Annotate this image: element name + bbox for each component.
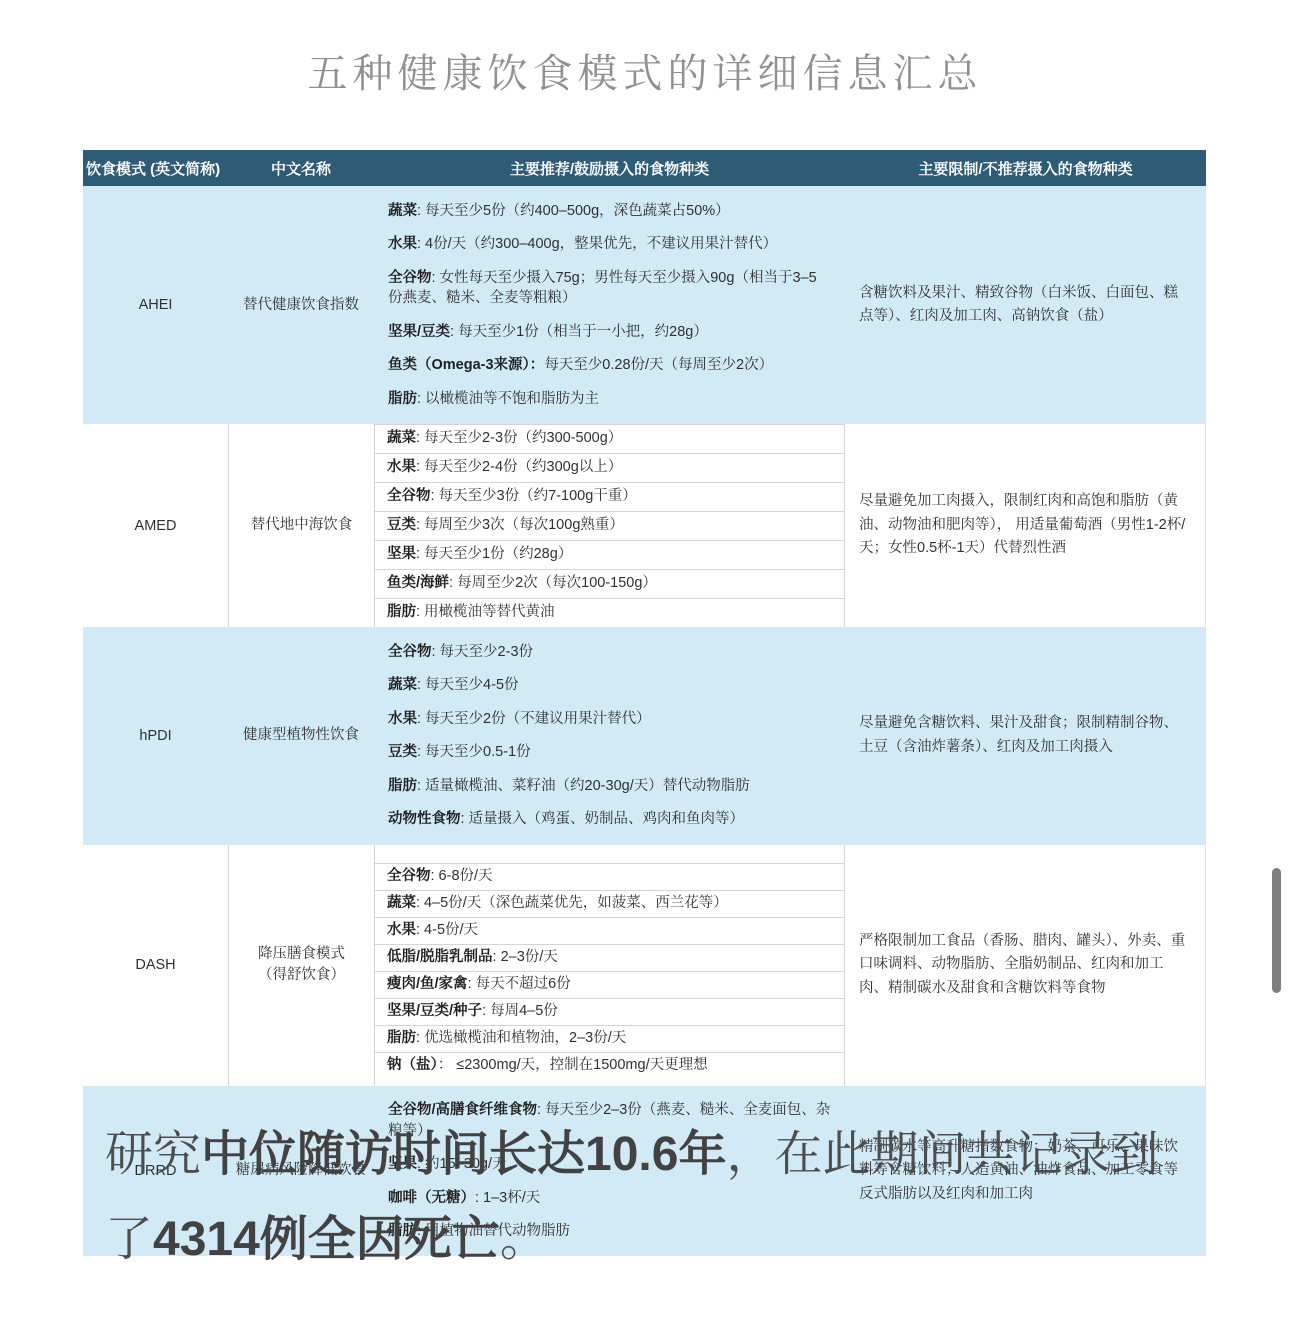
food-category-label: 鱼类（Omega-3来源）： <box>388 357 544 373</box>
food-item-text: 蔬菜: 每天至少2-3份（约300-500g） <box>387 429 622 449</box>
table-row-hpdi: hPDI健康型植物性饮食全谷物: 每天至少2-3份蔬菜: 每天至少4-5份水果:… <box>83 627 1206 844</box>
footer-text: 研究 <box>105 1128 201 1181</box>
footer-note: 研究中位随访时间长达10.6年，在此期间共记录到了4314例全因死亡。 <box>105 1112 1165 1283</box>
food-item-text: 豆类: 每天至少0.5-1份 <box>388 744 531 760</box>
food-item: 鱼类（Omega-3来源）：每天至少0.28份/天（每周至少2次） <box>388 355 831 376</box>
diet-code: AHEI <box>83 186 228 424</box>
food-item-text: 全谷物: 女性每天至少摄入75g；男性每天至少摄入90g（相当于3–5份燕麦、糙… <box>388 270 817 307</box>
restricted-foods-text: 尽量避免含糖饮料、果汁及甜食；限制精制谷物、土豆（含油炸薯条）、红肉及加工肉摄入 <box>859 712 1192 759</box>
food-item: 坚果: 每天至少1份（约28g） <box>375 540 844 569</box>
food-item-text: 脂肪: 适量橄榄油、菜籽油（约20-30g/天）替代动物脂肪 <box>388 778 750 794</box>
food-category-label: 蔬菜 <box>388 677 417 693</box>
food-category-label: 脂肪 <box>387 1030 416 1046</box>
restricted-foods-text: 尽量避免加工肉摄入，限制红肉和高饱和脂肪（黄油、动物油和肥肉等）， 用适量葡萄酒… <box>859 490 1191 560</box>
column-header: 主要推荐/鼓励摄入的食物种类 <box>374 158 845 179</box>
food-category-label: 鱼类/海鲜 <box>387 575 449 591</box>
food-category-label: 蔬菜 <box>387 895 416 911</box>
food-item-text: 水果: 4-5份/天 <box>387 921 478 941</box>
food-category-label: 蔬菜 <box>387 430 416 446</box>
table-row-ahei: AHEI替代健康饮食指数蔬菜: 每天至少5份（约400–500g，深色蔬菜占50… <box>83 186 1206 424</box>
recommended-foods: 蔬菜: 每天至少5份（约400–500g，深色蔬菜占50%）水果: 4份/天（约… <box>374 186 845 424</box>
food-item-text: 蔬菜: 每天至少4-5份 <box>388 677 519 693</box>
restricted-foods: 尽量避免加工肉摄入，限制红肉和高饱和脂肪（黄油、动物油和肥肉等）， 用适量葡萄酒… <box>845 424 1206 627</box>
food-item: 脂肪: 优选橄榄油和植物油，2–3份/天 <box>375 1025 844 1052</box>
column-header: 主要限制/不推荐摄入的食物种类 <box>845 158 1206 179</box>
diet-name-zh: 替代地中海饮食 <box>228 424 374 627</box>
food-category-label: 水果 <box>388 711 417 727</box>
food-item-text: 钠（盐）： ≤2300mg/天，控制在1500mg/天更理想 <box>387 1056 708 1076</box>
food-item-text: 豆类: 每周至少3次（每次100g熟重） <box>387 516 624 536</box>
food-category-label: 全谷物 <box>388 270 432 286</box>
food-item-text: 蔬菜: 4–5份/天（深色蔬菜优先，如菠菜、西兰花等） <box>387 894 728 914</box>
food-category-label: 水果 <box>387 459 416 475</box>
food-item-text: 动物性食物: 适量摄入（鸡蛋、奶制品、鸡肉和鱼肉等） <box>388 811 744 827</box>
column-header: 饮食模式 (英文简称) <box>83 158 228 179</box>
food-item: 鱼类/海鲜: 每周至少2次（每次100-150g） <box>375 569 844 598</box>
food-item: 蔬菜: 每天至少2-3份（约300-500g） <box>375 424 844 453</box>
diet-code: hPDI <box>83 627 228 844</box>
food-item-text: 坚果/豆类/种子: 每周4–5份 <box>387 1002 558 1022</box>
food-item: 水果: 每天至少2-4份（约300g以上） <box>375 453 844 482</box>
food-item-text: 水果: 每天至少2-4份（约300g以上） <box>387 458 622 478</box>
food-item: 钠（盐）： ≤2300mg/天，控制在1500mg/天更理想 <box>375 1052 844 1079</box>
food-item: 水果: 4-5份/天 <box>375 917 844 944</box>
food-category-label: 坚果/豆类/种子 <box>387 1003 482 1019</box>
food-category-label: 豆类 <box>387 517 416 533</box>
food-item-text: 脂肪: 优选橄榄油和植物油，2–3份/天 <box>387 1029 626 1049</box>
restricted-foods: 含糖饮料及果汁、精致谷物（白米饭、白面包、糕点等）、红肉及加工肉、高钠饮食（盐） <box>845 186 1206 424</box>
food-category-label: 脂肪 <box>388 391 417 407</box>
food-item: 全谷物: 6-8份/天 <box>375 863 844 890</box>
diet-name-zh: 替代健康饮食指数 <box>228 186 374 424</box>
footer-text: 。 <box>500 1213 548 1266</box>
footer-highlight: 4314例全因死亡 <box>153 1213 500 1266</box>
food-category-label: 蔬菜 <box>388 203 417 219</box>
column-header: 中文名称 <box>228 158 374 179</box>
food-category-label: 动物性食物 <box>388 811 461 827</box>
food-item: 脂肪: 以橄榄油等不饱和脂肪为主 <box>388 389 831 410</box>
food-item-text: 水果: 每天至少2份（不建议用果汁替代） <box>388 711 651 727</box>
food-item: 全谷物: 每天至少3份（约7-100g干重） <box>375 482 844 511</box>
diet-patterns-table: 饮食模式 (英文简称)中文名称主要推荐/鼓励摄入的食物种类主要限制/不推荐摄入的… <box>83 150 1206 1256</box>
food-category-label: 脂肪 <box>387 604 416 620</box>
food-item: 坚果/豆类/种子: 每周4–5份 <box>375 998 844 1025</box>
table-body: AHEI替代健康饮食指数蔬菜: 每天至少5份（约400–500g，深色蔬菜占50… <box>83 186 1206 1256</box>
food-item-text: 鱼类（Omega-3来源）：每天至少0.28份/天（每周至少2次） <box>388 357 773 373</box>
food-item-text: 鱼类/海鲜: 每周至少2次（每次100-150g） <box>387 574 657 594</box>
food-item-text: 低脂/脱脂乳制品: 2–3份/天 <box>387 948 558 968</box>
food-category-label: 坚果/豆类 <box>388 324 450 340</box>
diet-name-zh: 降压膳食模式 （得舒饮食） <box>228 845 374 1086</box>
food-category-label: 全谷物 <box>387 488 431 504</box>
food-category-label: 水果 <box>387 922 416 938</box>
restricted-foods-text: 含糖饮料及果汁、精致谷物（白米饭、白面包、糕点等）、红肉及加工肉、高钠饮食（盐） <box>859 282 1192 329</box>
page-title: 五种健康饮食模式的详细信息汇总 <box>0 42 1290 99</box>
recommended-foods: 蔬菜: 每天至少2-3份（约300-500g）水果: 每天至少2-4份（约300… <box>374 424 845 627</box>
food-item: 动物性食物: 适量摄入（鸡蛋、奶制品、鸡肉和鱼肉等） <box>388 809 831 830</box>
table-row-dash: DASH降压膳食模式 （得舒饮食）全谷物: 6-8份/天蔬菜: 4–5份/天（深… <box>83 845 1206 1086</box>
food-item: 全谷物: 每天至少2-3份 <box>388 642 831 663</box>
table-header-row: 饮食模式 (英文简称)中文名称主要推荐/鼓励摄入的食物种类主要限制/不推荐摄入的… <box>83 150 1206 186</box>
food-item-text: 蔬菜: 每天至少5份（约400–500g，深色蔬菜占50%） <box>388 203 730 219</box>
table-row-amed: AMED替代地中海饮食蔬菜: 每天至少2-3份（约300-500g）水果: 每天… <box>83 424 1206 627</box>
food-category-label: 水果 <box>388 236 417 252</box>
recommended-foods: 全谷物: 每天至少2-3份蔬菜: 每天至少4-5份水果: 每天至少2份（不建议用… <box>374 627 845 844</box>
diet-name-zh: 健康型植物性饮食 <box>228 627 374 844</box>
food-category-label: 全谷物 <box>388 644 432 660</box>
food-item: 蔬菜: 每天至少4-5份 <box>388 675 831 696</box>
food-item-text: 坚果/豆类: 每天至少1份（相当于一小把，约28g） <box>388 324 708 340</box>
food-item: 水果: 4份/天（约300–400g，整果优先，不建议用果汁替代） <box>388 234 831 255</box>
food-item-text: 脂肪: 以橄榄油等不饱和脂肪为主 <box>388 391 599 407</box>
diet-code: DASH <box>83 845 228 1086</box>
scrollbar-thumb[interactable] <box>1272 868 1281 993</box>
food-item-text: 全谷物: 每天至少3份（约7-100g干重） <box>387 487 637 507</box>
recommended-foods: 全谷物: 6-8份/天蔬菜: 4–5份/天（深色蔬菜优先，如菠菜、西兰花等）水果… <box>374 845 845 1086</box>
food-category-label: 瘦肉/鱼/家禽 <box>387 976 468 992</box>
food-item: 坚果/豆类: 每天至少1份（相当于一小把，约28g） <box>388 322 831 343</box>
food-item-text: 水果: 4份/天（约300–400g，整果优先，不建议用果汁替代） <box>388 236 777 252</box>
food-category-label: 钠（盐） <box>387 1057 438 1073</box>
food-category-label: 豆类 <box>388 744 417 760</box>
food-item: 豆类: 每天至少0.5-1份 <box>388 742 831 763</box>
food-category-label: 脂肪 <box>388 778 417 794</box>
food-item-text: 脂肪: 用橄榄油等替代黄油 <box>387 603 555 623</box>
food-category-label: 坚果 <box>387 546 416 562</box>
food-item: 全谷物: 女性每天至少摄入75g；男性每天至少摄入90g（相当于3–5份燕麦、糙… <box>388 268 831 309</box>
food-item: 脂肪: 适量橄榄油、菜籽油（约20-30g/天）替代动物脂肪 <box>388 776 831 797</box>
diet-code: AMED <box>83 424 228 627</box>
food-item-text: 坚果: 每天至少1份（约28g） <box>387 545 572 565</box>
food-item: 豆类: 每周至少3次（每次100g熟重） <box>375 511 844 540</box>
restricted-foods: 尽量避免含糖饮料、果汁及甜食；限制精制谷物、土豆（含油炸薯条）、红肉及加工肉摄入 <box>845 627 1206 844</box>
restricted-foods: 严格限制加工食品（香肠、腊肉、罐头）、外卖、重口味调料、动物脂肪、全脂奶制品、红… <box>845 845 1206 1086</box>
food-category-label: 低脂/脱脂乳制品 <box>387 949 493 965</box>
food-item: 瘦肉/鱼/家禽: 每天不超过6份 <box>375 971 844 998</box>
food-item: 脂肪: 用橄榄油等替代黄油 <box>375 598 844 627</box>
food-item-text: 瘦肉/鱼/家禽: 每天不超过6份 <box>387 975 571 995</box>
restricted-foods-text: 严格限制加工食品（香肠、腊肉、罐头）、外卖、重口味调料、动物脂肪、全脂奶制品、红… <box>859 930 1191 1000</box>
food-item: 蔬菜: 每天至少5份（约400–500g，深色蔬菜占50%） <box>388 201 831 222</box>
food-category-label: 全谷物 <box>387 868 431 884</box>
food-item-text: 全谷物: 6-8份/天 <box>387 867 493 887</box>
food-item-text: 全谷物: 每天至少2-3份 <box>388 644 533 660</box>
food-item: 低脂/脱脂乳制品: 2–3份/天 <box>375 944 844 971</box>
food-item: 蔬菜: 4–5份/天（深色蔬菜优先，如菠菜、西兰花等） <box>375 890 844 917</box>
footer-highlight: 中位随访时间长达10.6年 <box>201 1128 726 1181</box>
food-item: 水果: 每天至少2份（不建议用果汁替代） <box>388 709 831 730</box>
